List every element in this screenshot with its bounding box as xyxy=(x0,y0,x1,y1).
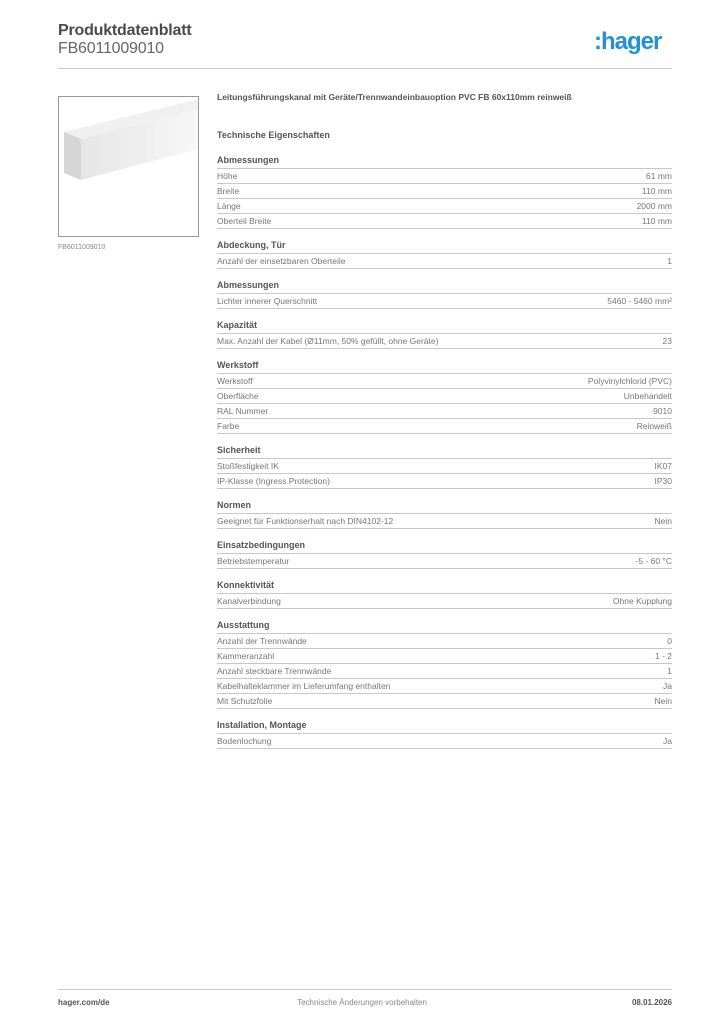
spec-value: IK07 xyxy=(655,459,673,473)
spec-value: 5460 - 5460 mm² xyxy=(607,294,672,308)
spec-section: AusstattungAnzahl der Trennwände0Kammera… xyxy=(217,620,672,709)
spec-row: Max. Anzahl der Kabel (Ø11mm, 50% gefüll… xyxy=(217,334,672,349)
product-image xyxy=(58,96,199,237)
section-heading: Sicherheit xyxy=(217,445,672,459)
spec-value: 23 xyxy=(663,334,672,348)
spec-row: FarbeReinweiß xyxy=(217,419,672,434)
footer-disclaimer: Technische Änderungen vorbehalten xyxy=(0,998,724,1007)
spec-section: SicherheitStoßfestigkeit IKIK07IP-Klasse… xyxy=(217,445,672,489)
spec-value: Ja xyxy=(663,734,672,748)
section-heading: Normen xyxy=(217,500,672,514)
spec-row: Lichter innerer Querschnitt5460 - 5460 m… xyxy=(217,294,672,309)
spec-value: Nein xyxy=(655,514,672,528)
spec-row: Anzahl der einsetzbaren Oberteile1 xyxy=(217,254,672,269)
spec-section: KonnektivitätKanalverbindungOhne Kupplun… xyxy=(217,580,672,609)
section-heading: Werkstoff xyxy=(217,360,672,374)
spec-row: Kabelhalteklammer im Lieferumfang enthal… xyxy=(217,679,672,694)
spec-row: Anzahl steckbare Trennwände1 xyxy=(217,664,672,679)
spec-row: Länge2000 mm xyxy=(217,199,672,214)
spec-label: RAL Nummer xyxy=(217,404,268,418)
spec-value: -5 - 60 °C xyxy=(636,554,672,568)
header-divider xyxy=(58,68,672,69)
spec-row: Betriebstemperatur-5 - 60 °C xyxy=(217,554,672,569)
spec-label: Breite xyxy=(217,184,239,198)
spec-label: Höhe xyxy=(217,169,237,183)
section-heading: Einsatzbedingungen xyxy=(217,540,672,554)
spec-row: Breite110 mm xyxy=(217,184,672,199)
spec-row: Stoßfestigkeit IKIK07 xyxy=(217,459,672,474)
spec-value: Nein xyxy=(655,694,672,708)
spec-row: Anzahl der Trennwände0 xyxy=(217,634,672,649)
spec-label: Geeignet für Funktionserhalt nach DIN410… xyxy=(217,514,393,528)
hager-logo: :hager xyxy=(594,28,661,56)
spec-label: Anzahl der einsetzbaren Oberteile xyxy=(217,254,346,268)
spec-label: Kammeranzahl xyxy=(217,649,274,663)
spec-value: 61 mm xyxy=(646,169,672,183)
spec-label: Bodenlochung xyxy=(217,734,271,748)
spec-label: Mit Schutzfolie xyxy=(217,694,272,708)
spec-label: Lichter innerer Querschnitt xyxy=(217,294,317,308)
spec-label: Farbe xyxy=(217,419,239,433)
spec-value: 110 mm xyxy=(642,214,672,228)
spec-label: Werkstoff xyxy=(217,374,253,388)
spec-section: WerkstoffWerkstoffPolyvinylchlorid (PVC)… xyxy=(217,360,672,434)
section-heading: Ausstattung xyxy=(217,620,672,634)
spec-label: Oberteil Breite xyxy=(217,214,271,228)
section-heading: Kapazität xyxy=(217,320,672,334)
spec-row: WerkstoffPolyvinylchlorid (PVC) xyxy=(217,374,672,389)
spec-section: NormenGeeignet für Funktionserhalt nach … xyxy=(217,500,672,529)
spec-row: KanalverbindungOhne Kupplung xyxy=(217,594,672,609)
spec-value: Unbehandelt xyxy=(624,389,672,403)
spec-row: BodenlochungJa xyxy=(217,734,672,749)
product-description: Leitungsführungskanal mit Geräte/Trennwa… xyxy=(217,92,672,106)
spec-section: AbmessungenLichter innerer Querschnitt54… xyxy=(217,280,672,309)
section-heading: Installation, Montage xyxy=(217,720,672,734)
page-title: Produktdatenblatt xyxy=(58,22,192,40)
section-heading: Konnektivität xyxy=(217,580,672,594)
spec-value: Ja xyxy=(663,679,672,693)
spec-row: Oberteil Breite110 mm xyxy=(217,214,672,229)
spec-row: Höhe61 mm xyxy=(217,169,672,184)
spec-label: Oberfläche xyxy=(217,389,259,403)
spec-label: Stoßfestigkeit IK xyxy=(217,459,279,473)
spec-row: Kammeranzahl1 - 2 xyxy=(217,649,672,664)
spec-value: 2000 mm xyxy=(637,199,672,213)
spec-value: IP30 xyxy=(655,474,673,488)
spec-value: 9010 xyxy=(653,404,672,418)
spec-value: Polyvinylchlorid (PVC) xyxy=(588,374,672,388)
spec-value: 1 xyxy=(667,664,672,678)
spec-section: KapazitätMax. Anzahl der Kabel (Ø11mm, 5… xyxy=(217,320,672,349)
spec-label: Max. Anzahl der Kabel (Ø11mm, 50% gefüll… xyxy=(217,334,438,348)
spec-row: Mit SchutzfolieNein xyxy=(217,694,672,709)
spec-label: Kabelhalteklammer im Lieferumfang enthal… xyxy=(217,679,390,693)
footer-divider xyxy=(58,989,672,990)
spec-row: OberflächeUnbehandelt xyxy=(217,389,672,404)
spec-value: Ohne Kupplung xyxy=(613,594,672,608)
spec-value: 1 - 2 xyxy=(655,649,672,663)
tech-properties-title: Technische Eigenschaften xyxy=(217,130,672,144)
image-caption: FB6011009010 xyxy=(58,244,105,251)
spec-sections: AbmessungenHöhe61 mmBreite110 mmLänge200… xyxy=(217,155,672,749)
spec-row: IP-Klasse (Ingress Protection)IP30 xyxy=(217,474,672,489)
section-heading: Abdeckung, Tür xyxy=(217,240,672,254)
spec-row: Geeignet für Funktionserhalt nach DIN410… xyxy=(217,514,672,529)
spec-label: Länge xyxy=(217,199,241,213)
section-heading: Abmessungen xyxy=(217,155,672,169)
spec-label: Anzahl der Trennwände xyxy=(217,634,307,648)
footer-date: 08.01.2026 xyxy=(632,998,672,1007)
cable-duct-icon xyxy=(59,97,198,236)
spec-label: Kanalverbindung xyxy=(217,594,281,608)
spec-content: Leitungsführungskanal mit Geräte/Trennwa… xyxy=(217,92,672,749)
spec-label: IP-Klasse (Ingress Protection) xyxy=(217,474,330,488)
spec-label: Anzahl steckbare Trennwände xyxy=(217,664,331,678)
spec-value: Reinweiß xyxy=(637,419,672,433)
spec-value: 110 mm xyxy=(642,184,672,198)
spec-section: EinsatzbedingungenBetriebstemperatur-5 -… xyxy=(217,540,672,569)
spec-section: Installation, MontageBodenlochungJa xyxy=(217,720,672,749)
spec-label: Betriebstemperatur xyxy=(217,554,289,568)
product-number: FB6011009010 xyxy=(58,40,164,58)
spec-value: 1 xyxy=(667,254,672,268)
spec-section: Abdeckung, TürAnzahl der einsetzbaren Ob… xyxy=(217,240,672,269)
spec-row: RAL Nummer9010 xyxy=(217,404,672,419)
spec-value: 0 xyxy=(667,634,672,648)
section-heading: Abmessungen xyxy=(217,280,672,294)
spec-section: AbmessungenHöhe61 mmBreite110 mmLänge200… xyxy=(217,155,672,229)
